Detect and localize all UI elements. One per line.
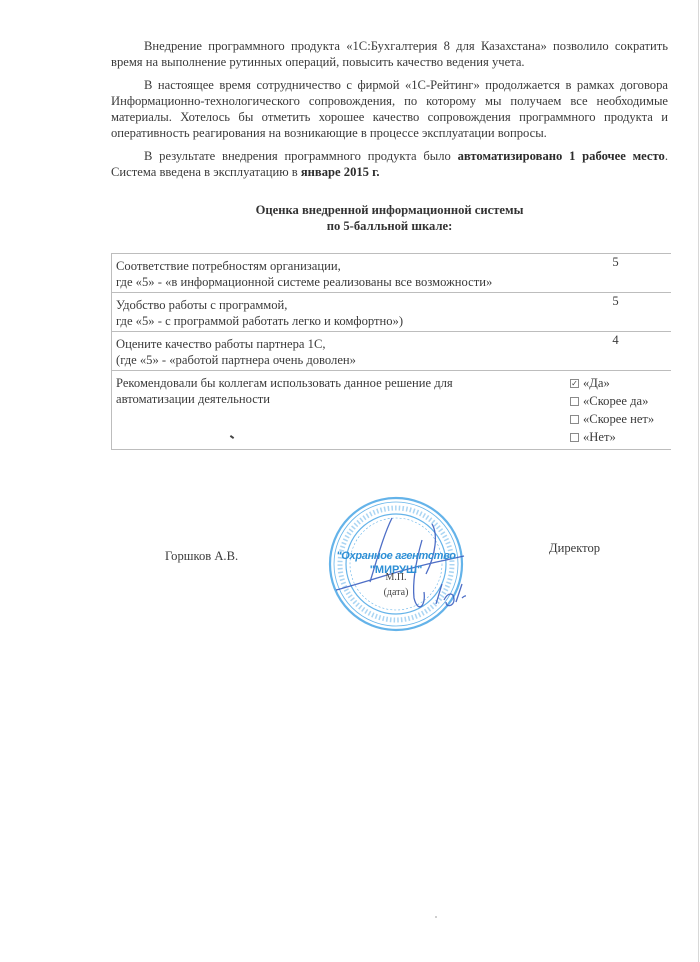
page-edge (698, 0, 699, 962)
emphasis-text: январе 2015 г. (301, 165, 380, 179)
body-text: Внедрение программного продукта «1С:Бухг… (111, 39, 668, 69)
table-row: Соответствие потребностям организации, г… (112, 254, 672, 293)
paragraph-intro: Внедрение программного продукта «1С:Бухг… (111, 38, 668, 70)
question-text-cont: автоматизации деятельности (116, 391, 556, 407)
seal-place-label: М.П. (381, 572, 411, 583)
rating-title-line1: Оценка внедренной информационной системы (111, 202, 668, 218)
option-rather-yes[interactable]: «Скорее да» (570, 393, 667, 409)
rating-title: Оценка внедренной информационной системы… (111, 202, 668, 234)
option-rather-no[interactable]: «Скорее нет» (570, 411, 667, 427)
score-cell: 5 (560, 254, 671, 293)
question-cell: Удобство работы с программой, где «5» - … (112, 293, 561, 332)
question-hint: где «5» - «в информационной системе реал… (116, 274, 556, 290)
option-yes[interactable]: ✓«Да» (570, 375, 667, 391)
company-stamp: "Охранное агентство "МИРУШ" М.П. (дата) (326, 494, 466, 634)
stamp-org-line1: "Охранное агентство (332, 550, 460, 562)
recommend-options: ✓«Да» «Скорее да» «Скорее нет» «Нет» (570, 375, 667, 445)
question-text: Удобство работы с программой, (116, 297, 556, 313)
stamp-text: "Охранное агентство "МИРУШ" М.П. (дата) (326, 494, 466, 634)
options-cell: ✓«Да» «Скорее да» «Скорее нет» «Нет» (560, 371, 671, 450)
checkbox-icon[interactable] (570, 433, 579, 442)
score-cell: 4 (560, 332, 671, 371)
body-text: В настоящее время сотрудничество с фирмо… (111, 78, 668, 140)
question-hint: (где «5» - «работой партнера очень довол… (116, 352, 556, 368)
paragraph-result: В результате внедрения программного прод… (111, 148, 668, 180)
question-text: Рекомендовали бы коллегам использовать д… (116, 375, 556, 391)
question-text: Соответствие потребностям организации, (116, 258, 556, 274)
question-cell: Рекомендовали бы коллегам использовать д… (112, 371, 561, 450)
signatory-position: Директор (549, 541, 600, 556)
checkbox-checked-icon[interactable]: ✓ (570, 379, 579, 388)
signatory-name: Горшков А.В. (165, 549, 238, 564)
question-hint: где «5» - с программой работать легко и … (116, 313, 556, 329)
table-row: Удобство работы с программой, где «5» - … (112, 293, 672, 332)
document-body: Внедрение программного продукта «1С:Бухг… (111, 38, 668, 234)
table-row-recommend: Рекомендовали бы коллегам использовать д… (112, 371, 672, 450)
option-no[interactable]: «Нет» (570, 429, 667, 445)
checkbox-icon[interactable] (570, 397, 579, 406)
body-text: В результате внедрения программного прод… (144, 149, 458, 163)
question-cell: Соответствие потребностям организации, г… (112, 254, 561, 293)
rating-title-line2: по 5-балльной шкале: (111, 218, 668, 234)
question-cell: Оцените качество работы партнера 1С, (гд… (112, 332, 561, 371)
checkbox-icon[interactable] (570, 415, 579, 424)
date-label: (дата) (376, 587, 416, 598)
table-row: Оцените качество работы партнера 1С, (гд… (112, 332, 672, 371)
rating-table: Соответствие потребностям организации, г… (111, 253, 671, 450)
paragraph-cooperation: В настоящее время сотрудничество с фирмо… (111, 77, 668, 141)
scan-speck (435, 916, 437, 918)
question-text: Оцените качество работы партнера 1С, (116, 336, 556, 352)
emphasis-text: автоматизировано 1 рабочее место (458, 149, 665, 163)
score-cell: 5 (560, 293, 671, 332)
